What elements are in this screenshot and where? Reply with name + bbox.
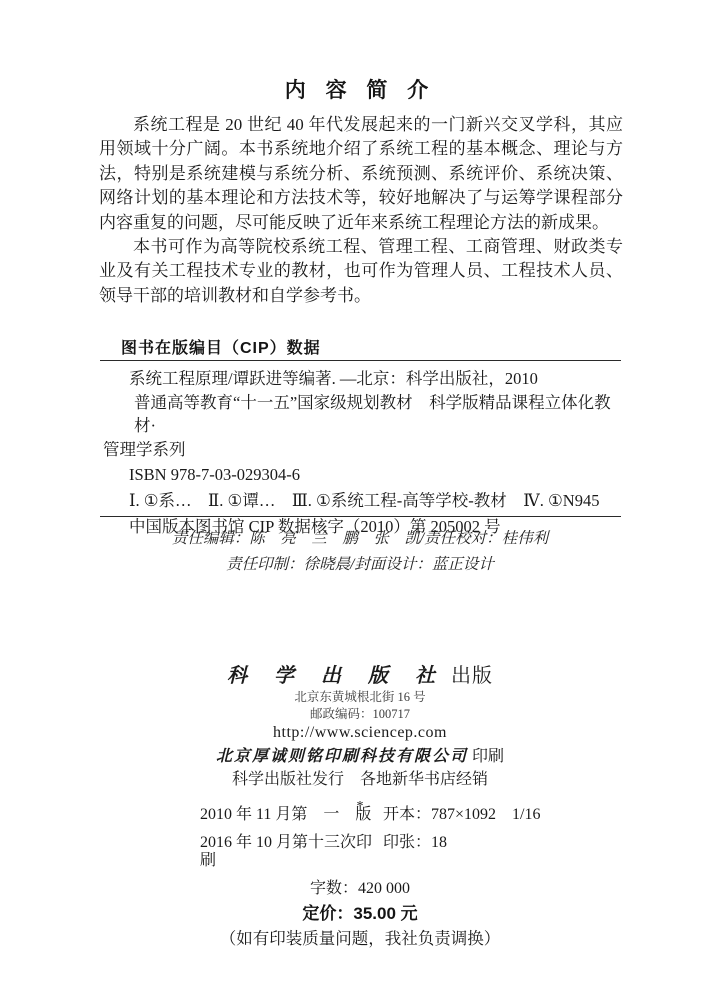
editors-line: 责任编辑：陈 亮 兰 鹏 张 凯/责任校对：桂伟利	[0, 526, 720, 552]
cip-title-line: 系统工程原理/谭跃进等编著. —北京：科学出版社，2010	[103, 367, 625, 391]
colophon-block: 2010 年 11 月第 一 版 开本：787×1092 1/16 2016 年…	[0, 806, 720, 949]
content-summary: 系统工程是 20 世纪 40 年代发展起来的一门新兴交叉学科，其应用领域十分广阔…	[99, 113, 623, 308]
page-title: 内 容 简 介	[0, 74, 720, 104]
price: 定价：35.00 元	[0, 904, 720, 924]
quality-notice: （如有印装质量问题，我社负责调换）	[0, 929, 720, 949]
isbn-line: ISBN 978-7-03-029304-6	[103, 463, 625, 487]
cip-series-line-2: 管理学系列	[103, 438, 625, 462]
summary-paragraph-2: 本书可作为高等院校系统工程、管理工程、工商管理、财政类专业及有关工程技术专业的教…	[99, 235, 623, 308]
publisher-name-line: 科 学 出 版 社 出版	[0, 663, 720, 689]
printer-suffix: 印刷	[472, 748, 504, 765]
summary-paragraph-1: 系统工程是 20 世纪 40 年代发展起来的一门新兴交叉学科，其应用领域十分广阔…	[99, 113, 623, 235]
cip-header: 图书在版编目（CIP）数据	[121, 335, 321, 358]
printer-line: 北京厚诚则铭印刷科技有限公司 印刷	[0, 746, 720, 768]
staff-credits: 责任编辑：陈 亮 兰 鹏 张 凯/责任校对：桂伟利 责任印制：徐晓晨/封面设计：…	[0, 526, 720, 577]
printing-design-line: 责任印制：徐晓晨/封面设计：蓝正设计	[0, 552, 720, 578]
divider-line-bottom	[100, 516, 621, 517]
edition-row: 2010 年 11 月第 一 版 开本：787×1092 1/16	[200, 806, 720, 824]
publisher-logotype: 科 学 出 版 社	[227, 665, 446, 687]
copyright-page: 内 容 简 介 系统工程是 20 世纪 40 年代发展起来的一门新兴交叉学科，其…	[0, 0, 720, 1000]
cip-series-line: 普通高等教育“十一五”国家级规划教材 科学版精品课程立体化教材·	[103, 391, 625, 438]
publisher-block: 科 学 出 版 社 出版 北京东黄城根北街 16 号 邮政编码：100717 h…	[0, 663, 720, 815]
publisher-postcode: 邮政编码：100717	[0, 706, 720, 723]
distribution-line: 科学出版社发行 各地新华书店经销	[0, 769, 720, 791]
edition-info: 2010 年 11 月第 一 版	[200, 806, 383, 824]
divider-line-top	[100, 360, 621, 361]
publisher-url: http://www.sciencep.com	[0, 723, 720, 743]
cip-data-block: 系统工程原理/谭跃进等编著. —北京：科学出版社，2010 普通高等教育“十一五…	[103, 367, 625, 538]
word-count: 字数：420 000	[0, 880, 720, 898]
sheets-info: 印张：18	[383, 834, 447, 870]
format-info: 开本：787×1092 1/16	[383, 806, 540, 824]
publisher-address: 北京东黄城根北街 16 号	[0, 689, 720, 706]
cip-classification-line: Ⅰ. ①系… Ⅱ. ①谭… Ⅲ. ①系统工程-高等学校-教材 Ⅳ. ①N945	[103, 489, 625, 513]
printing-row: 2016 年 10 月第十三次印刷 印张：18	[200, 834, 720, 870]
printing-info: 2016 年 10 月第十三次印刷	[200, 834, 383, 870]
printer-name: 北京厚诚则铭印刷科技有限公司	[216, 748, 468, 765]
publisher-suffix: 出版	[451, 665, 493, 687]
